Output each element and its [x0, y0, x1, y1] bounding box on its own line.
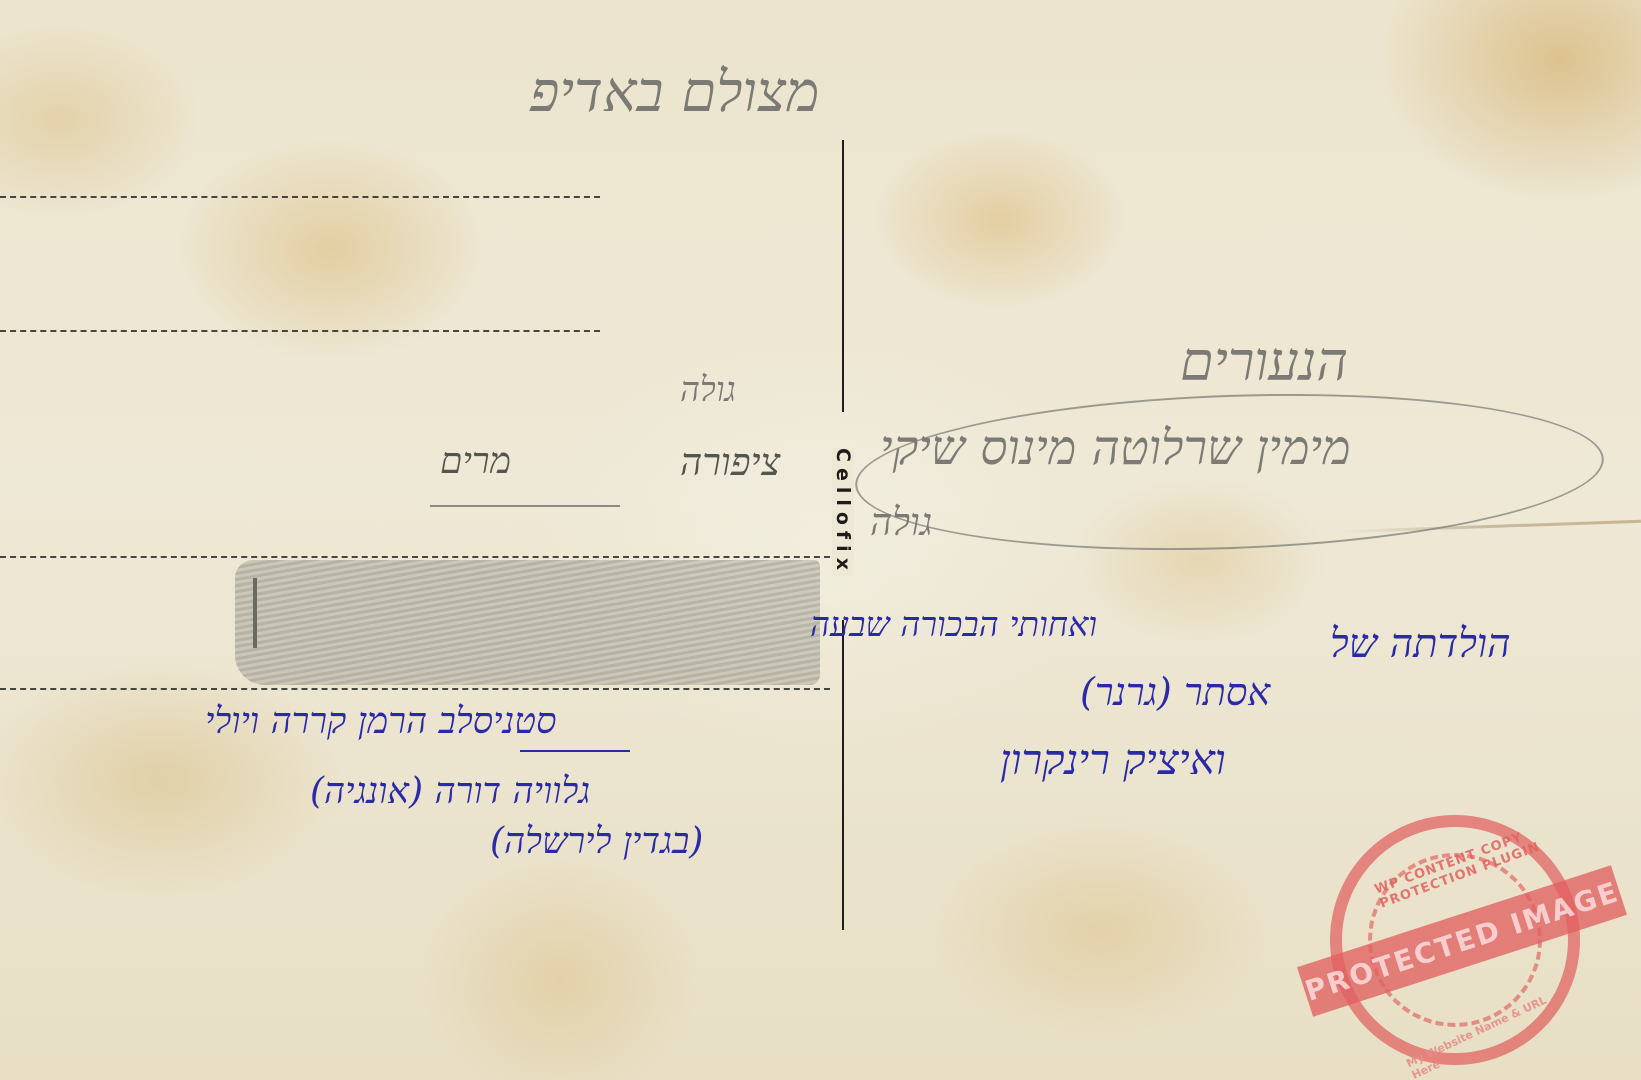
address-line-1 [0, 196, 600, 198]
address-line-3 [0, 556, 830, 558]
pencil-mid-left-3: מרים [440, 440, 511, 482]
printed-brand-label: Cellofix [832, 448, 854, 576]
pencil-mid-left-2: ציפורה [680, 440, 780, 485]
pencil-shaded-area [235, 560, 820, 685]
ink-left-line-3: (בגדין לירשלה) [490, 820, 703, 862]
pencil-oval-line: מימין שרלוטה מינוס שיקי [880, 420, 1351, 476]
ink-right-line-1: הולדתה של [1330, 620, 1511, 667]
divider-line-bottom [842, 620, 844, 930]
divider-line-top [842, 140, 844, 412]
ink-right-line-1b: ואחותי הבכורה שבעה [810, 605, 1097, 645]
protected-image-watermark: WP CONTENT COPY PROTECTION PLUGIN PROTEC… [1330, 815, 1580, 1065]
ink-left-line-2: גלוויה דורה (אונגיה) [310, 770, 590, 812]
pencil-stroke [253, 578, 257, 648]
pencil-mid-left-1: גולה [680, 370, 736, 410]
pencil-right-heading: הנעורים [1180, 330, 1348, 393]
pencil-top-signature: מצולם באדיפ [530, 60, 819, 125]
ink-left-line-1: סטניסלב הרמן קררה ויולי [205, 700, 557, 742]
ink-underline [520, 750, 630, 752]
address-line-4 [0, 688, 830, 690]
pencil-oval-below: גולה [870, 500, 932, 545]
ink-right-line-3: ואיציק רינקרון [1000, 735, 1226, 785]
ink-right-line-2: אסתר (גרנר) [1080, 670, 1270, 715]
pencil-underline [430, 505, 620, 507]
address-line-2 [0, 330, 600, 332]
